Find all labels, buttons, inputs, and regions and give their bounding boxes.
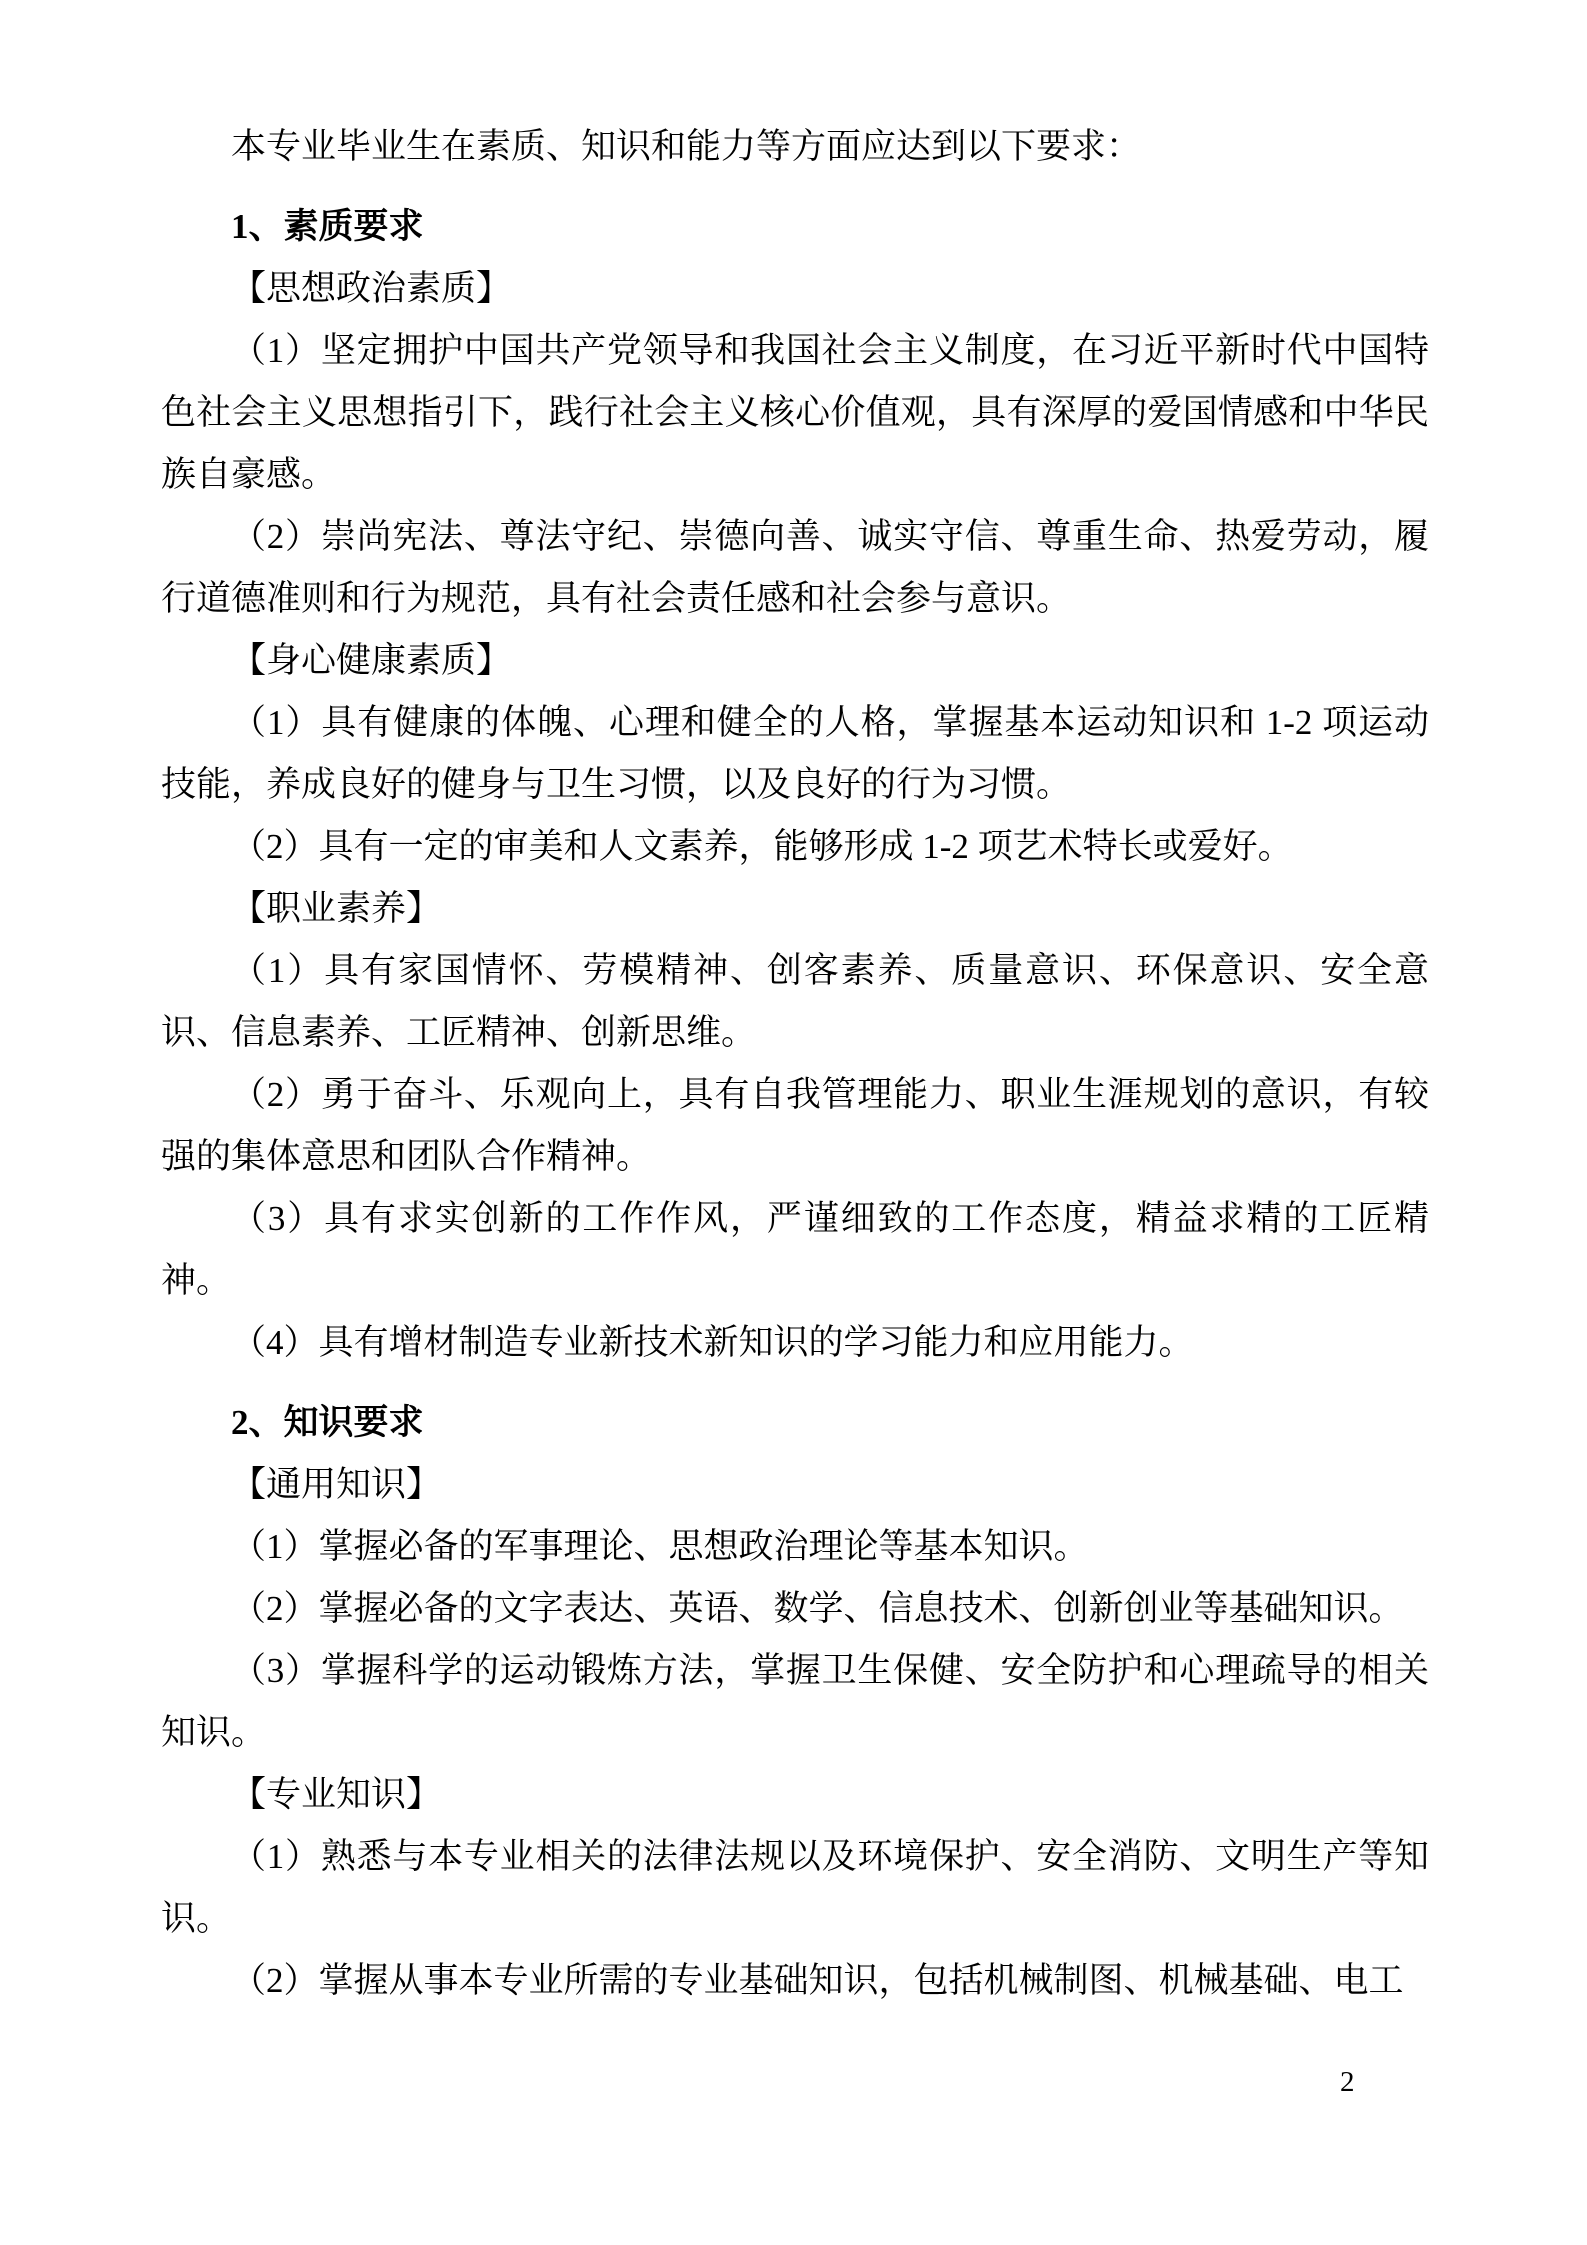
body-paragraph: （2）勇于奋斗、乐观向上，具有自我管理能力、职业生涯规划的意识，有较强的集体意思…: [161, 1064, 1429, 1188]
numbered-heading: 2、知识要求: [161, 1392, 1429, 1454]
body-paragraph: （2）掌握从事本专业所需的专业基础知识，包括机械制图、机械基础、电工: [161, 1950, 1429, 2012]
body-paragraph: （1）具有健康的体魄、心理和健全的人格，掌握基本运动知识和 1-2 项运动技能，…: [161, 692, 1429, 816]
body-paragraph: （3）掌握科学的运动锻炼方法，掌握卫生保健、安全防护和心理疏导的相关知识。: [161, 1640, 1429, 1764]
numbered-heading: 1、素质要求: [161, 196, 1429, 258]
body-paragraph: （1）熟悉与本专业相关的法律法规以及环境保护、安全消防、文明生产等知识。: [161, 1826, 1429, 1950]
section-header: 【思想政治素质】: [161, 258, 1429, 320]
section-header: 【职业素养】: [161, 878, 1429, 940]
body-paragraph: （2）掌握必备的文字表达、英语、数学、信息技术、创新创业等基础知识。: [161, 1578, 1429, 1640]
body-paragraph: （1）具有家国情怀、劳模精神、创客素养、质量意识、环保意识、安全意识、信息素养、…: [161, 940, 1429, 1064]
body-paragraph: （1）坚定拥护中国共产党领导和我国社会主义制度，在习近平新时代中国特色社会主义思…: [161, 320, 1429, 506]
section-header: 【身心健康素质】: [161, 630, 1429, 692]
body-paragraph: （2）崇尚宪法、尊法守纪、崇德向善、诚实守信、尊重生命、热爱劳动，履行道德准则和…: [161, 506, 1429, 630]
body-paragraph: 本专业毕业生在素质、知识和能力等方面应达到以下要求：: [161, 116, 1429, 178]
body-paragraph: （3）具有求实创新的工作作风，严谨细致的工作态度，精益求精的工匠精神。: [161, 1188, 1429, 1312]
document-body: 本专业毕业生在素质、知识和能力等方面应达到以下要求：1、素质要求【思想政治素质】…: [161, 116, 1429, 2012]
section-header: 【通用知识】: [161, 1454, 1429, 1516]
document-page: 本专业毕业生在素质、知识和能力等方面应达到以下要求：1、素质要求【思想政治素质】…: [0, 0, 1587, 2245]
section-header: 【专业知识】: [161, 1764, 1429, 1826]
page-number: 2: [1340, 2062, 1355, 2102]
body-paragraph: （4）具有增材制造专业新技术新知识的学习能力和应用能力。: [161, 1312, 1429, 1374]
body-paragraph: （2）具有一定的审美和人文素养，能够形成 1-2 项艺术特长或爱好。: [161, 816, 1429, 878]
body-paragraph: （1）掌握必备的军事理论、思想政治理论等基本知识。: [161, 1516, 1429, 1578]
